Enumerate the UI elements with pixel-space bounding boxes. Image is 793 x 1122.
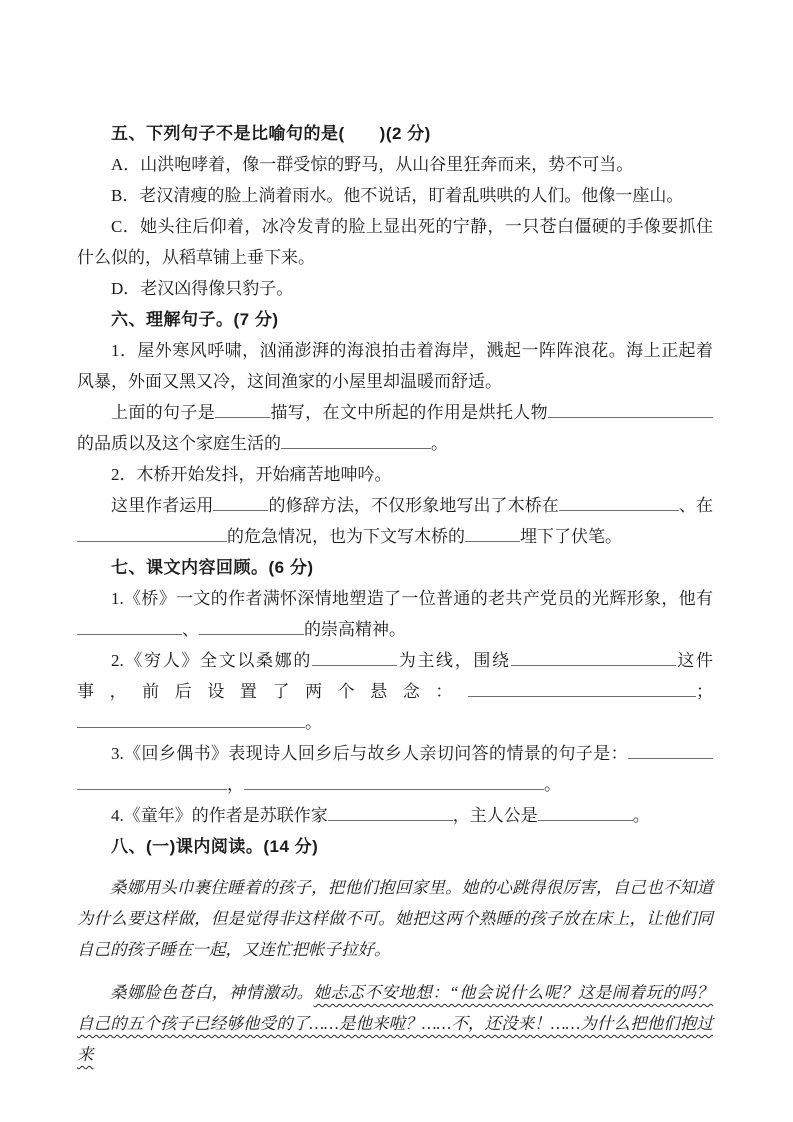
section-7-item-2: 2.《穷人》全文以桑娜的为主线，围绕这件事，前后设置了两个悬念：；。 bbox=[77, 645, 713, 738]
section-7-item-4: 4.《童年》的作者是苏联作家，主人公是。 bbox=[77, 800, 713, 831]
section-8-heading: 八、(一)课内阅读。(14 分) bbox=[77, 831, 713, 862]
answer-blank bbox=[199, 616, 304, 635]
answer-blank bbox=[628, 740, 713, 759]
option-d: D．老汉凶得像只豹子。 bbox=[77, 273, 713, 304]
option-a: A．山洪咆哮着，像一群受惊的野马，从山谷里狂奔而来，势不可当。 bbox=[77, 149, 713, 180]
passage-paragraph-2: 桑娜脸色苍白，神情激动。她忐忑不安地想：“他会说什么呢？这是闹着玩的吗？自己的五… bbox=[77, 977, 713, 1070]
answer-blank bbox=[468, 678, 696, 697]
answer-blank bbox=[213, 492, 268, 511]
answer-blank bbox=[281, 430, 431, 449]
answer-blank bbox=[77, 616, 182, 635]
answer-blank bbox=[511, 647, 676, 666]
answer-blank bbox=[312, 647, 397, 666]
section-6-item-2-fill: 这里作者运用的修辞方法，不仅形象地写出了木桥在、在的危急情况，也为下文写木桥的埋… bbox=[77, 490, 713, 552]
section-6-item-1-fill: 上面的句子是描写，在文中所起的作用是烘托人物的品质以及这个家庭生活的。 bbox=[77, 397, 713, 459]
answer-blank bbox=[77, 523, 227, 542]
passage-paragraph-1: 桑娜用头巾裹住睡着的孩子，把他们抱回家里。她的心跳得很厉害，自己也不知道为什么要… bbox=[77, 872, 713, 965]
answer-blank bbox=[465, 523, 520, 542]
exam-page: 五、下列句子不是比喻句的是( )(2 分) A．山洪咆哮着，像一群受惊的野马，从… bbox=[0, 0, 793, 1122]
answer-blank bbox=[538, 802, 633, 821]
answer-blank bbox=[215, 399, 270, 418]
section-6-item-1-text: 1．屋外寒风呼啸，汹涌澎湃的海浪拍击着海岸，溅起一阵阵浪花。海上正起着风暴，外面… bbox=[77, 335, 713, 397]
answer-blank bbox=[244, 771, 544, 790]
section-7-item-1: 1.《桥》一文的作者满怀深情地塑造了一位普通的老共产党员的光辉形象，他有、的崇高… bbox=[77, 583, 713, 645]
passage-plain-text: 桑娜脸色苍白，神情激动。 bbox=[110, 983, 314, 1002]
option-c: C．她头往后仰着，冰冷发青的脸上显出死的宁静，一只苍白僵硬的手像要抓住什么似的，… bbox=[77, 211, 713, 273]
answer-blank bbox=[328, 802, 453, 821]
section-6-item-2-text: 2．木桥开始发抖，开始痛苦地呻吟。 bbox=[77, 459, 713, 490]
section-7-item-3: 3.《回乡偶书》表现诗人回乡后与故乡人亲切问答的情景的句子是：，。 bbox=[77, 738, 713, 800]
answer-blank bbox=[559, 492, 679, 511]
section-5-heading: 五、下列句子不是比喻句的是( )(2 分) bbox=[77, 118, 713, 149]
section-7-heading: 七、课文内容回顾。(6 分) bbox=[77, 552, 713, 583]
answer-blank bbox=[77, 709, 305, 728]
option-b: B．老汉清瘦的脸上淌着雨水。他不说话，盯着乱哄哄的人们。他像一座山。 bbox=[77, 180, 713, 211]
answer-blank bbox=[548, 399, 713, 418]
section-6-heading: 六、理解句子。(7 分) bbox=[77, 304, 713, 335]
answer-blank bbox=[77, 771, 227, 790]
